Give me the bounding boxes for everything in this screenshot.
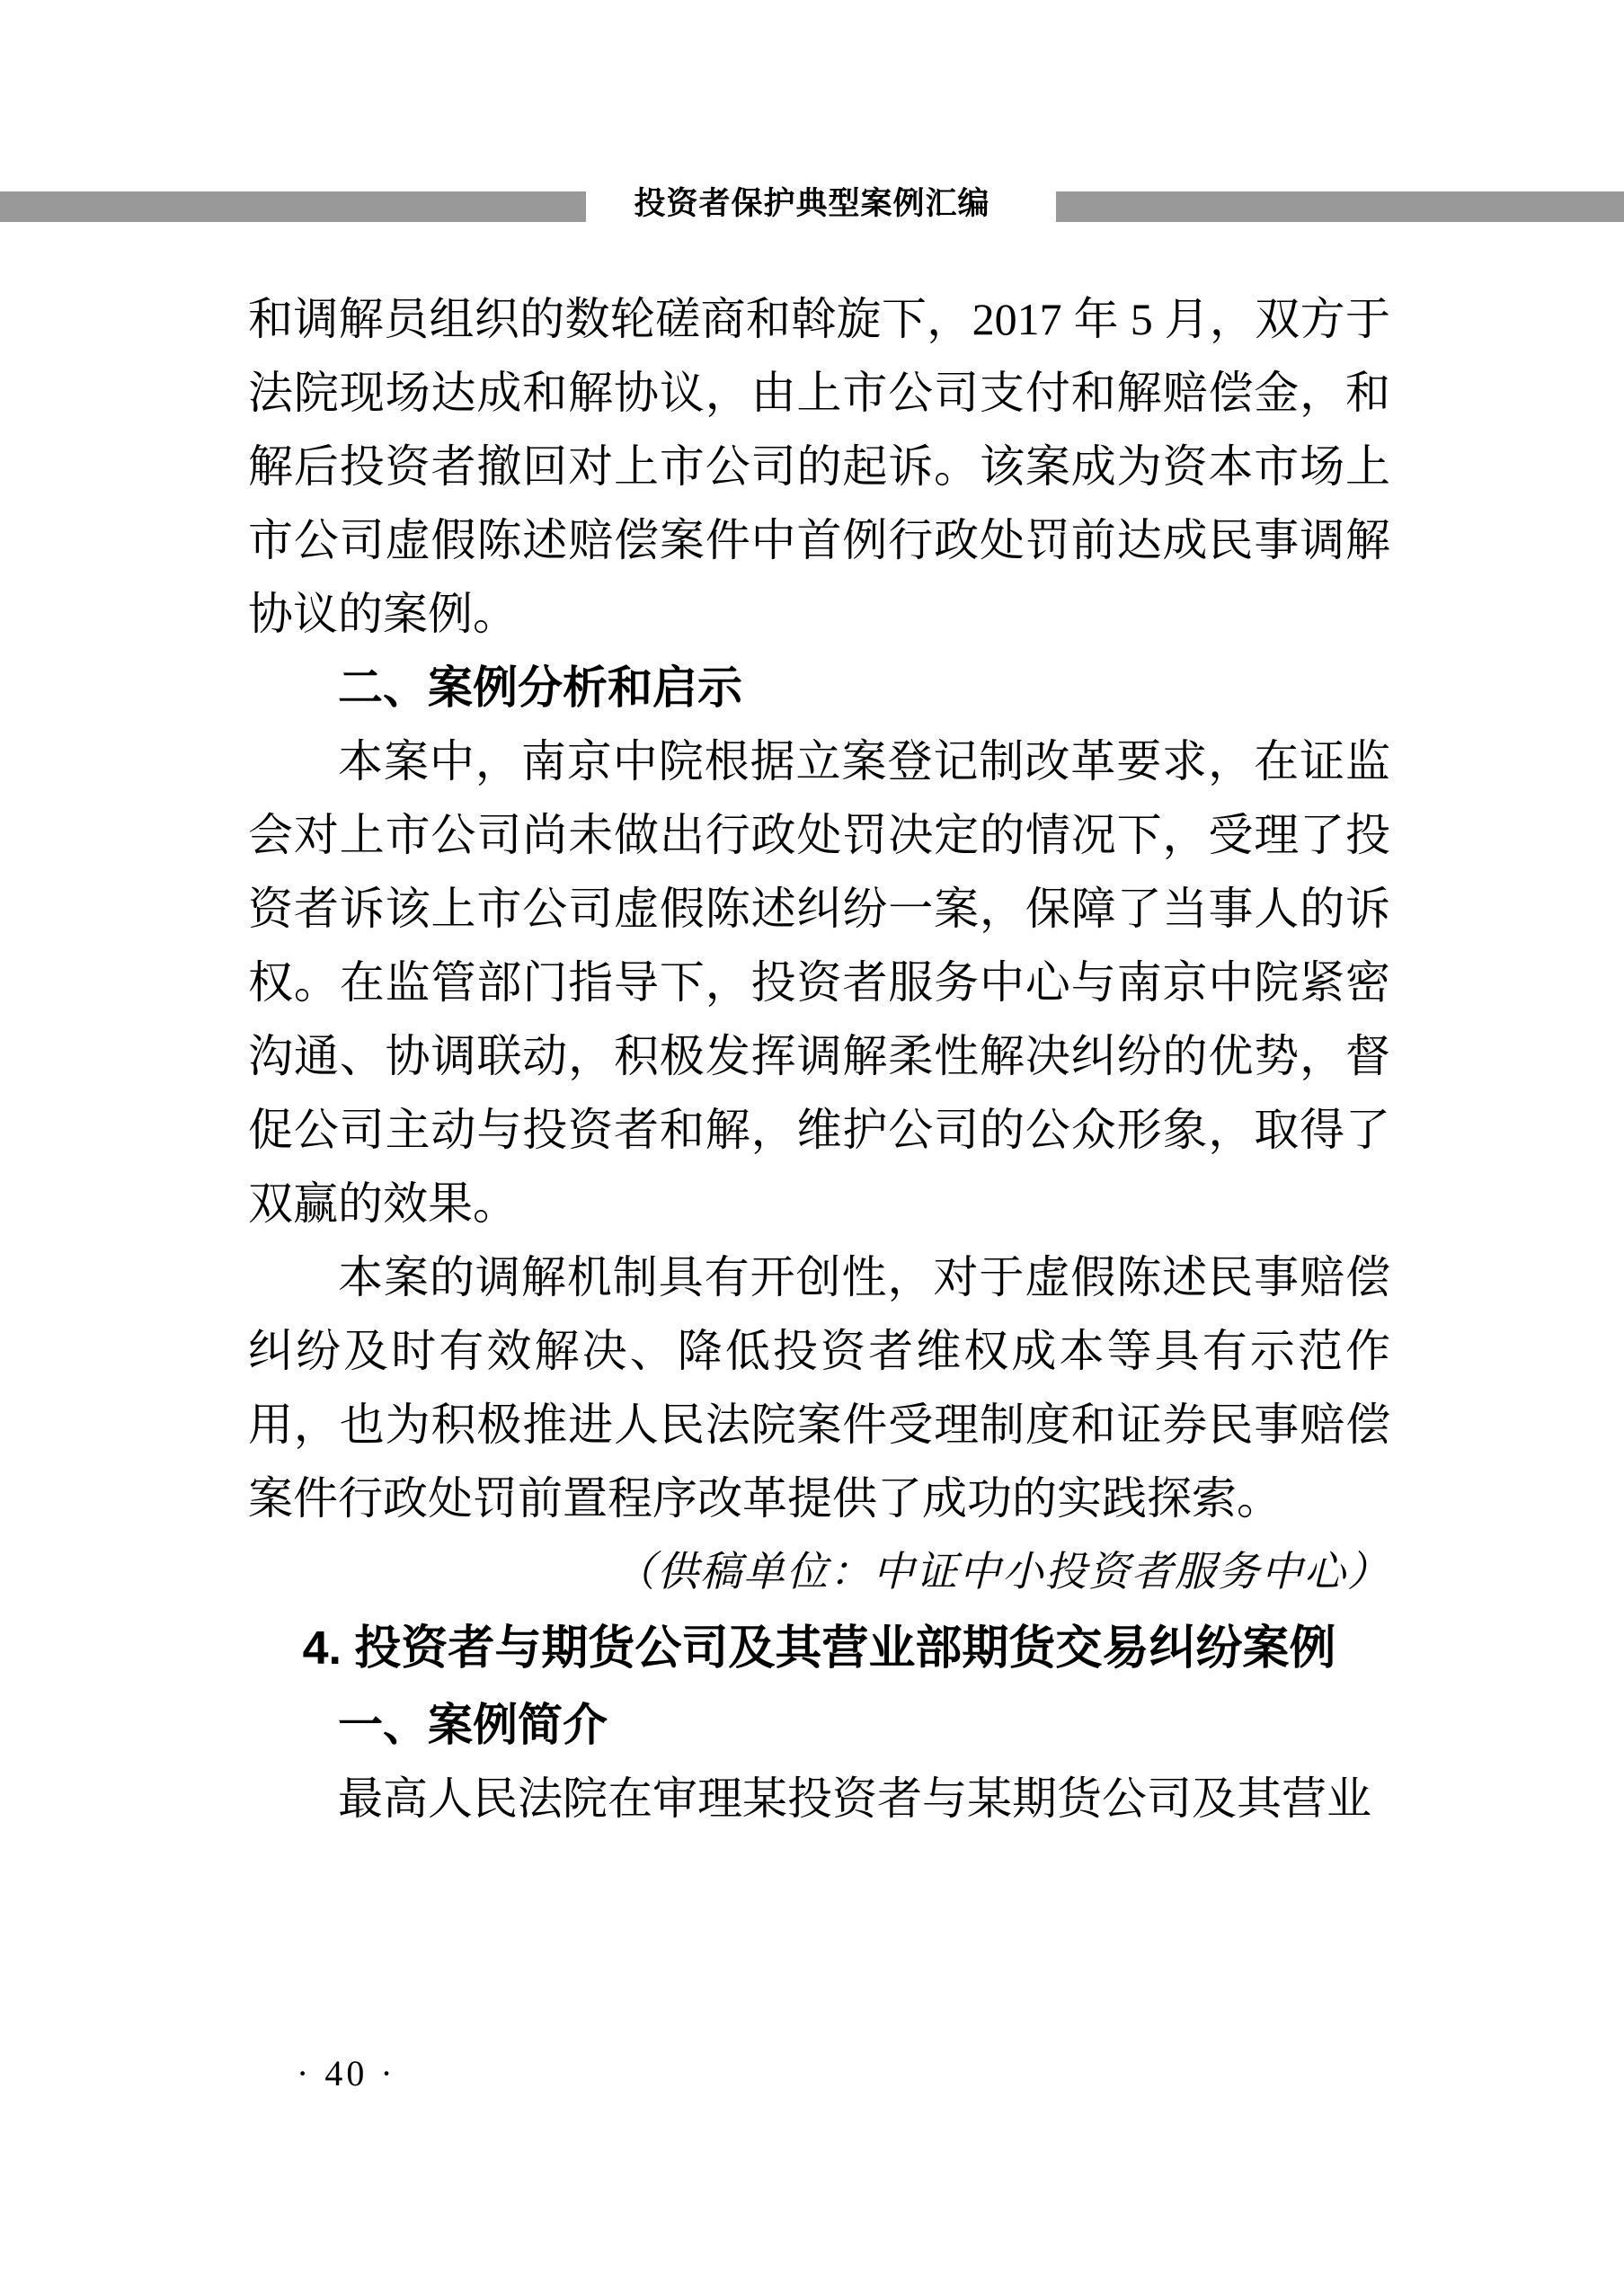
attribution-line: （供稿单位：中证中小投资者服务中心）: [248, 1535, 1390, 1609]
paragraph-intro: 最高人民法院在审理某投资者与某期货公司及其营业: [248, 1762, 1390, 1835]
document-page: 投资者保护典型案例汇编 和调解员组织的数轮磋商和斡旋下，2017 年 5 月，双…: [0, 0, 1624, 2293]
section-title-case-4: 4. 投资者与期货公司及其营业部期货交易纠纷案例: [248, 1609, 1390, 1688]
paragraph-analysis-1: 本案中，南京中院根据立案登记制改革要求，在证监会对上市公司尚未做出行政处罚决定的…: [248, 724, 1390, 1240]
heading-case-analysis: 二、案例分析和启示: [248, 651, 1390, 724]
paragraph-continuation: 和调解员组织的数轮磋商和斡旋下，2017 年 5 月，双方于法院现场达成和解协议…: [248, 282, 1390, 651]
page-number: · 40 ·: [297, 2054, 396, 2093]
page-content: 和调解员组织的数轮磋商和斡旋下，2017 年 5 月，双方于法院现场达成和解协议…: [248, 282, 1390, 1835]
paragraph-analysis-2: 本案的调解机制具有开创性，对于虚假陈述民事赔偿纠纷及时有效解决、降低投资者维权成…: [248, 1240, 1390, 1535]
heading-case-intro: 一、案例简介: [248, 1688, 1390, 1762]
header-rule-right: [1056, 191, 1624, 222]
